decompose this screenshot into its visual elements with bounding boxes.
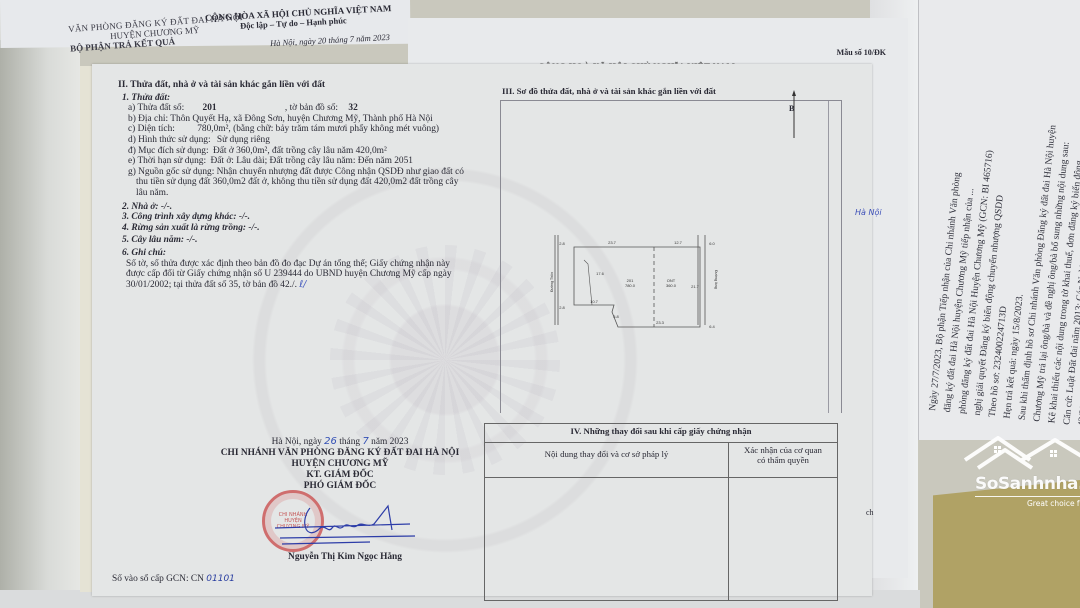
changes-col-content: Nội dung thay đổi và cơ sở pháp lý (485, 443, 729, 478)
left-label: 17.6 (596, 271, 605, 276)
dim-bottom: 23.3 (656, 320, 665, 325)
changes-table: IV. Những thay đổi sau khi cấp giấy chứn… (484, 423, 838, 601)
parcel-plot-diagram: 23.7 12.7 23.3 21.7 5.8 10.7 2.8 2.8 6.0… (550, 230, 720, 330)
role-line1: KT. GIÁM ĐỐC (205, 470, 475, 481)
dim-right: 21.7 (691, 284, 700, 289)
forest-item: 4. Rừng sản xuất là rừng trồng: -/-. (118, 223, 483, 234)
desk-shadow (0, 40, 80, 608)
sosanhnha-watermark-logo: SoSanhnha.com Great choice for... (960, 430, 1080, 505)
changes-col-confirm: Xác nhận của cơ quan có thẩm quyền (729, 443, 838, 478)
issue-year: năm 2023 (371, 437, 408, 447)
dim-left-small: 10.7 (590, 299, 599, 304)
handwritten-signature-icon (270, 500, 420, 550)
zone-area: 360.0 (666, 283, 677, 288)
agency-line2: HUYỆN CHƯƠNG MỸ (205, 459, 475, 470)
purpose-row: đ) Mục đích sử dụng: Đất ở 360,0m², đất … (118, 146, 483, 157)
section-2-title: II. Thửa đất, nhà ở và tài sản khác gắn … (118, 80, 483, 91)
area-value: 780,0m², (bằng chữ: bảy trăm tám mươi ph… (197, 124, 439, 134)
term-label: e) Thời hạn sử dụng: (128, 156, 206, 166)
north-arrow-icon (790, 90, 798, 140)
gcn-register-number: Số vào sổ cấp GCN: CN 01101 (112, 574, 235, 584)
top-sheet-date: Hà Nội, ngày 20 tháng 7 năm 2023 (270, 32, 390, 48)
edge-text-fragment: ch (866, 508, 874, 517)
section-2-parcel-info: II. Thửa đất, nhà ở và tài sản khác gắn … (118, 80, 483, 290)
corner-label-1: 2.8 (559, 241, 565, 246)
corner-label-3: 6.0 (709, 241, 715, 246)
origin-line1: Nhận chuyển nhượng đất được Công nhận QS… (217, 167, 464, 177)
dim-diagonal: 5.8 (613, 314, 619, 319)
handwritten-note: Hà Nội (855, 208, 882, 217)
purpose-label: đ) Mục đích sử dụng: (128, 146, 209, 156)
dim-top-left: 23.7 (608, 240, 617, 245)
confirm-line2: có thẩm quyền (733, 455, 833, 465)
watermark-brand: SoSanhnha.com (975, 474, 1080, 494)
issue-day: 26 (324, 436, 337, 447)
gcn-label: Số vào sổ cấp GCN: CN (112, 574, 204, 584)
road-left-label: Đường Thôn (550, 272, 554, 292)
dim-top-right: 12.7 (674, 240, 683, 245)
parcel-number: 201 (203, 103, 283, 114)
agency-line1: CHI NHÁNH VĂN PHÒNG ĐĂNG KÝ ĐẤT ĐAI HÀ N… (205, 448, 475, 459)
changes-confirm-cell (729, 478, 838, 601)
perennial-item: 5. Cây lâu năm: -/-. (118, 235, 483, 246)
usage-form-label: d) Hình thức sử dụng: (128, 135, 211, 145)
top-sheet-org-line3: BỘ PHẬN TRẢ KẾT QUẢ (70, 36, 176, 53)
notes-line3: 30/01/2002; tại thửa đất số 35, tờ bản đ… (118, 280, 483, 291)
corner-label-4: 6.4 (709, 324, 715, 329)
notes-line1: Số tờ, số thửa được xác định theo bản đồ… (118, 259, 483, 270)
origin-line3: lâu năm. (118, 188, 483, 199)
issue-month: 7 (362, 436, 368, 447)
confirm-line1: Xác nhận của cơ quan (733, 445, 833, 455)
parcel-area: 780.0 (625, 283, 636, 288)
term-row: e) Thời hạn sử dụng: Đất ở: Lâu dài; Đất… (118, 156, 483, 167)
address-value: Thôn Quyết Hạ, xã Đông Sơn, huyện Chương… (170, 114, 432, 124)
usage-form-row: d) Hình thức sử dụng: Sử dụng riêng (118, 135, 483, 146)
gcn-number: 01101 (206, 574, 235, 584)
corner-label-2: 2.8 (559, 305, 565, 310)
house-logo-icon (960, 430, 1080, 475)
area-row: c) Diện tích: 780,0m², (bằng chữ: bảy tr… (118, 124, 483, 135)
map-sheet-number: 32 (348, 103, 357, 114)
section-3-title: III. Sơ đồ thửa đất, nhà ở và tài sản kh… (502, 86, 716, 96)
origin-label: g) Nguồn gốc sử dụng: (128, 167, 214, 177)
parcel-heading: 1. Thửa đất: (118, 93, 483, 104)
form-number: Mẫu số 10/ĐK (837, 48, 886, 57)
date-prefix: Hà Nội, ngày (272, 437, 322, 447)
other-works-item: 3. Công trình xây dựng khác: -/-. (118, 212, 483, 223)
usage-form-value: Sử dụng riêng (217, 135, 270, 145)
address-row: b) Địa chỉ: Thôn Quyết Hạ, xã Đông Sơn, … (118, 114, 483, 125)
area-label: c) Diện tích: (128, 124, 175, 134)
notes-heading: 6. Ghi chú: (118, 248, 483, 259)
role-line2: PHÓ GIÁM ĐỐC (205, 481, 475, 492)
watermark-underline (975, 496, 1080, 497)
watermark-tagline: Great choice for... (1027, 499, 1080, 508)
purpose-value: Đất ở 360,0m², đất trồng cây lâu năm 420… (213, 146, 387, 156)
changes-content-cell (485, 478, 729, 601)
map-sheet-label: , tờ bản đồ số: (285, 103, 338, 113)
road-right-label: Đường làng (714, 270, 718, 289)
month-prefix: tháng (339, 437, 360, 447)
address-label: b) Địa chỉ: (128, 114, 168, 124)
issue-date: Hà Nội, ngày 26 tháng 7 năm 2023 (205, 436, 475, 448)
top-sheet-header: VĂN PHÒNG ĐĂNG KÝ ĐẤT ĐAI HÀ NỘI HUYỆN C… (60, 8, 410, 48)
north-label: B (789, 104, 794, 113)
origin-line2: thu tiền sử dụng đất 360,0m2 đất ở, khôn… (118, 177, 483, 188)
parcel-number-row: a) Thửa đất số: 201 , tờ bản đồ số: 32 (118, 103, 483, 114)
parcel-number-label: a) Thửa đất số: (128, 103, 184, 113)
term-value: Đất ở: Lâu dài; Đất trồng cây lâu năm: Đ… (210, 156, 413, 166)
origin-row: g) Nguồn gốc sử dụng: Nhận chuyển nhượng… (118, 167, 483, 178)
section-4-title: IV. Những thay đổi sau khi cấp giấy chứn… (485, 424, 838, 443)
notes-line3-text: 30/01/2002; tại thửa đất số 35, tờ bản đ… (126, 280, 297, 290)
signer-name: Nguyễn Thị Kim Ngọc Hằng (270, 552, 420, 562)
signature-block: Hà Nội, ngày 26 tháng 7 năm 2023 CHI NHÁ… (205, 436, 475, 492)
house-item: 2. Nhà ở: -/-. (118, 202, 483, 213)
initials-mark-icon: ℓ∕ (299, 279, 306, 290)
